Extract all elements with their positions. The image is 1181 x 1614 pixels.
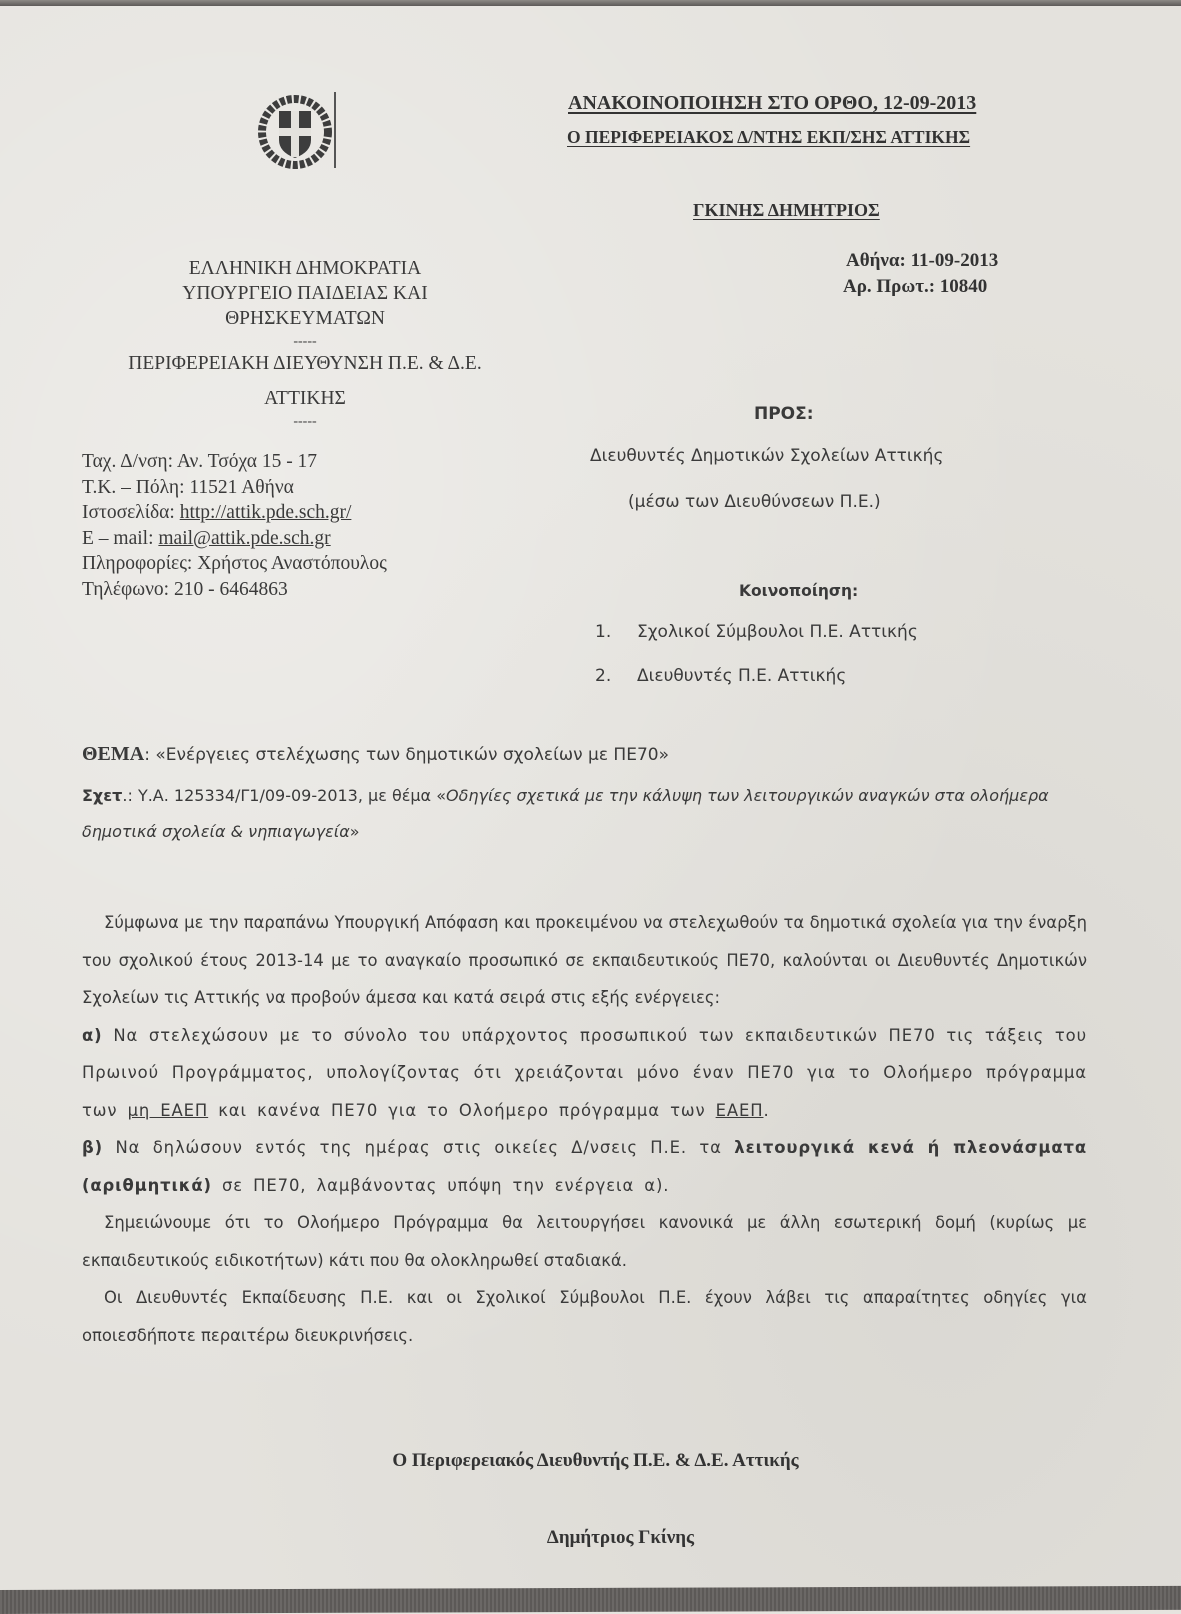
contact-email-row: E – mail: mail@attik.pde.sch.gr bbox=[82, 526, 387, 552]
announcement-heading: ΑΝΑΚΟΙΝΟΠΟΙΗΣΗ ΣΤΟ ΟΡΘΟ, 12-09-2013 bbox=[568, 92, 976, 115]
greek-coat-of-arms-icon bbox=[258, 92, 336, 172]
org-separator-2: ----- bbox=[80, 413, 530, 431]
reference-text: .: Υ.Α. 125334/Γ1/09-09-2013, με θέμα « bbox=[122, 786, 446, 805]
contact-phone: Τηλέφωνο: 210 - 6464863 bbox=[82, 577, 387, 603]
org-line-republic: ΕΛΛΗΝΙΚΗ ΔΗΜΟΚΡΑΤΙΑ bbox=[80, 256, 530, 281]
cc-item-text: Διευθυντές Π.Ε. Αττικής bbox=[637, 666, 846, 710]
cc-item-text: Σχολικοί Σύμβουλοι Π.Ε. Αττικής bbox=[637, 622, 918, 666]
cc-item: 2. Διευθυντές Π.Ε. Αττικής bbox=[595, 666, 918, 710]
email-link[interactable]: mail@attik.pde.sch.gr bbox=[158, 528, 330, 549]
scan-bottom-edge bbox=[0, 1586, 1181, 1614]
body-item-b: β) Να δηλώσουν εντός της ημέρας στις οικ… bbox=[82, 1129, 1087, 1204]
protocol-number: Αρ. Πρωτ.: 10840 bbox=[843, 276, 987, 298]
reference-line: Σχετ.: Υ.Α. 125334/Γ1/09-09-2013, με θέμ… bbox=[82, 778, 1092, 850]
signature-name: Δημήτριος Γκίνης bbox=[0, 1527, 1181, 1549]
item-a-underline-eaep: ΕΑΕΠ bbox=[716, 1101, 764, 1120]
contact-info: Πληροφορίες: Χρήστος Αναστόπουλος bbox=[82, 551, 387, 577]
subject-label: ΘΕΜΑ bbox=[82, 743, 144, 765]
org-line-ministry-2: ΘΡΗΣΚΕΥΜΑΤΩΝ bbox=[80, 306, 530, 331]
body-item-a: α) Να στελεχώσουν με το σύνολο του υπάρχ… bbox=[82, 1017, 1087, 1130]
reference-label: Σχετ bbox=[82, 786, 122, 805]
item-a-end: . bbox=[763, 1101, 769, 1120]
regional-director-heading: Ο ΠΕΡΙΦΕΡΕΙΑΚΟΣ Δ/ΝΤΗΣ ΕΚΠ/ΣΗΣ ΑΤΤΙΚΗΣ bbox=[567, 127, 970, 148]
cc-item: 1. Σχολικοί Σύμβουλοι Π.Ε. Αττικής bbox=[595, 622, 918, 666]
item-a-underline-non-eaep: μη ΕΑΕΠ bbox=[128, 1101, 209, 1120]
cc-title: Κοινοποίηση: bbox=[739, 582, 858, 600]
email-label: E – mail: bbox=[82, 528, 158, 549]
cc-item-number: 1. bbox=[595, 622, 637, 666]
subject-line: ΘΕΜΑ: «Ενέργειες στελέχωσης των δημοτικώ… bbox=[82, 743, 669, 766]
cc-list: 1. Σχολικοί Σύμβουλοι Π.Ε. Αττικής 2. Δι… bbox=[595, 622, 918, 710]
subject-text: : «Ενέργειες στελέχωσης των δημοτικών σχ… bbox=[144, 745, 669, 765]
contact-address: Ταχ. Δ/νση: Αν. Τσόχα 15 - 17 bbox=[82, 449, 387, 475]
item-a-text-2: και κανένα ΠΕ70 για το Ολοήμερο πρόγραμμ… bbox=[208, 1101, 715, 1120]
website-link[interactable]: http://attik.pde.sch.gr/ bbox=[180, 502, 352, 523]
org-line-directorate: ΠΕΡΙΦΕΡΕΙΑΚΗ ΔΙΕΥΘΥΝΣΗ Π.Ε. & Δ.Ε. bbox=[80, 351, 530, 376]
recipients-title: ΠΡΟΣ: bbox=[754, 404, 814, 424]
org-line-region: ΑΤΤΙΚΗΣ bbox=[80, 386, 530, 411]
body-closing: Οι Διευθυντές Εκπαίδευσης Π.Ε. και οι Σχ… bbox=[82, 1279, 1087, 1354]
org-separator: ----- bbox=[80, 333, 530, 351]
emblem-divider bbox=[334, 92, 336, 168]
letter-body: Σύμφωνα με την παραπάνω Υπουργική Απόφασ… bbox=[82, 904, 1087, 1354]
director-name-heading: ΓΚΙΝΗΣ ΔΗΜΗΤΡΙΟΣ bbox=[693, 200, 880, 221]
website-label: Ιστοσελίδα: bbox=[82, 502, 180, 523]
contact-postal: Τ.Κ. – Πόλη: 11521 Αθήνα bbox=[82, 475, 387, 501]
contact-website-row: Ιστοσελίδα: http://attik.pde.sch.gr/ bbox=[82, 500, 387, 526]
item-b-label: β) bbox=[82, 1138, 103, 1157]
document-date: Αθήνα: 11-09-2013 bbox=[846, 250, 998, 272]
org-line-ministry: ΥΠΟΥΡΓΕΙΟ ΠΑΙΔΕΙΑΣ ΚΑΙ bbox=[80, 281, 530, 306]
signature-title: Ο Περιφερειακός Διευθυντής Π.Ε. & Δ.Ε. Α… bbox=[0, 1450, 1181, 1472]
item-a-label: α) bbox=[82, 1026, 103, 1045]
contact-block: Ταχ. Δ/νση: Αν. Τσόχα 15 - 17 Τ.Κ. – Πόλ… bbox=[82, 449, 387, 602]
organization-block: ΕΛΛΗΝΙΚΗ ΔΗΜΟΚΡΑΤΙΑ ΥΠΟΥΡΓΕΙΟ ΠΑΙΔΕΙΑΣ Κ… bbox=[80, 256, 530, 431]
item-b-text: Να δηλώσουν εντός της ημέρας στις οικείε… bbox=[103, 1138, 734, 1157]
recipient-line: Διευθυντές Δημοτικών Σχολείων Αττικής bbox=[590, 446, 943, 466]
item-b-text-2: σε ΠΕ70, λαμβάνοντας υπόψη την ενέργεια … bbox=[212, 1176, 670, 1195]
reference-end: » bbox=[350, 822, 360, 841]
recipient-line-note: (μέσω των Διευθύνσεων Π.Ε.) bbox=[628, 492, 881, 512]
body-note: Σημειώνουμε ότι το Ολοήμερο Πρόγραμμα θα… bbox=[82, 1204, 1087, 1279]
cc-item-number: 2. bbox=[595, 666, 637, 710]
body-intro: Σύμφωνα με την παραπάνω Υπουργική Απόφασ… bbox=[82, 904, 1087, 1017]
